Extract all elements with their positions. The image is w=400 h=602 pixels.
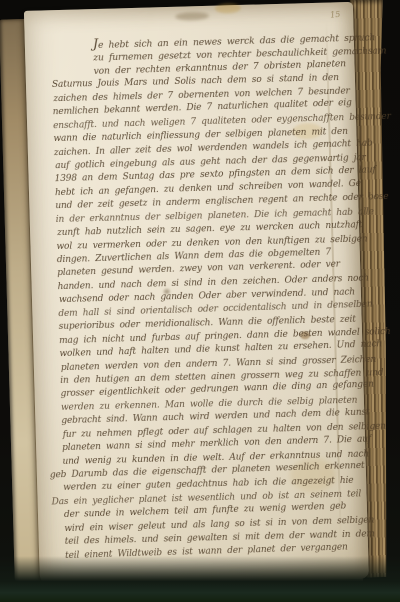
manuscript-page: 15 Je hebt sich an ein newes werck das d…	[24, 2, 369, 588]
faded-ink-smudge	[175, 12, 209, 21]
folio-number: 15	[330, 10, 341, 20]
manuscript-text: Je hebt sich an ein newes werck das die …	[51, 31, 358, 563]
stain	[215, 3, 241, 14]
book: 15 Je hebt sich an ein newes werck das d…	[0, 0, 399, 597]
table-surface	[0, 556, 400, 602]
photo-backdrop: 15 Je hebt sich an ein newes werck das d…	[0, 0, 400, 602]
